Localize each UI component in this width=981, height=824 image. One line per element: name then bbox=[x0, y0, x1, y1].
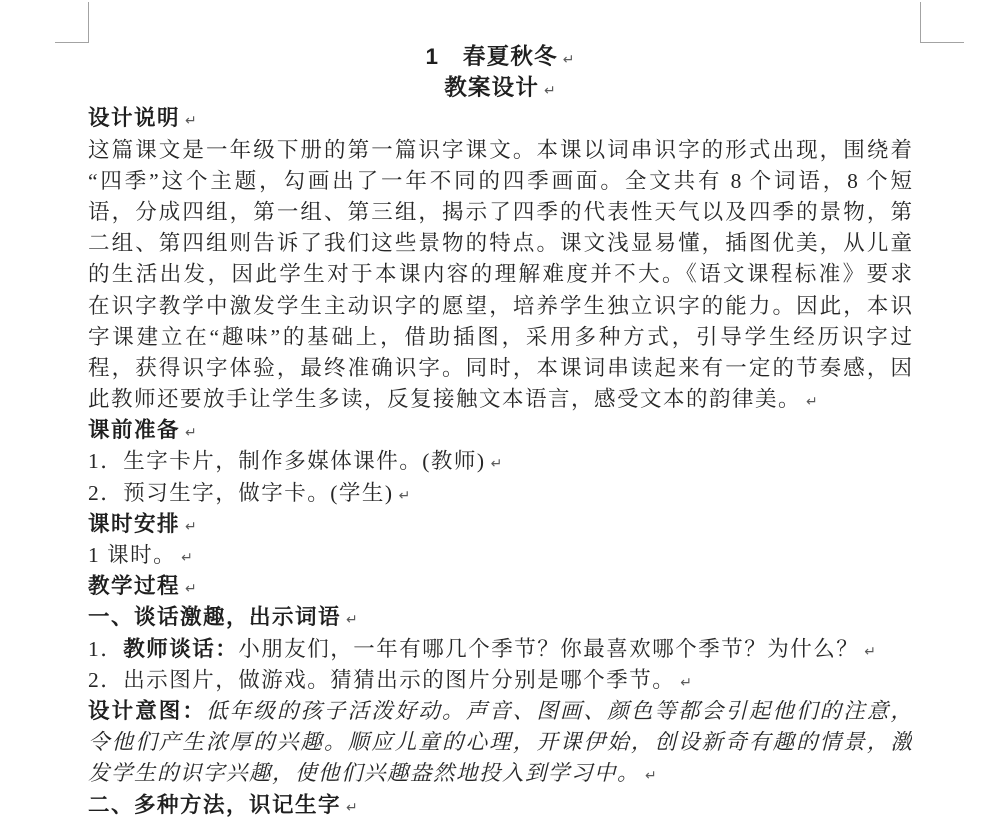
text-run: 一、谈话激趣，出示词语 bbox=[88, 605, 341, 629]
paragraph-mark-icon: ↵ bbox=[185, 581, 197, 597]
text-run: 1．生字卡片，制作多媒体课件。(教师) bbox=[88, 449, 486, 473]
section-heading-2: 二、多种方法，识记生字↵ bbox=[88, 790, 912, 821]
process-step: 1．教师谈话：小朋友们，一年有哪几个季节？你最喜欢哪个季节？为什么？↵ bbox=[88, 634, 912, 665]
text-run: 教师谈话： bbox=[123, 637, 238, 661]
paragraph-mark-icon: ↵ bbox=[645, 768, 657, 784]
paragraph-mark-icon: ↵ bbox=[185, 425, 197, 441]
paragraph-mark-icon: ↵ bbox=[185, 113, 197, 129]
preparation-item: 2．预习生字，做字卡。(学生)↵ bbox=[88, 478, 912, 509]
design-intent-line: 设计意图：低年级的孩子活泼好动。声音、图画、颜色等都会引起他们的注意， bbox=[88, 696, 912, 727]
paragraph-mark-icon: ↵ bbox=[544, 83, 556, 99]
text-run: 2．出示图片，做游戏。猜猜出示的图片分别是哪个季节。 bbox=[88, 668, 675, 692]
text-run: 设计说明 bbox=[88, 106, 180, 130]
text-run: 二、多种方法，识记生字 bbox=[88, 793, 341, 817]
text-run: 教案设计 bbox=[444, 75, 539, 100]
paragraph-mark-icon: ↵ bbox=[680, 675, 692, 691]
page: { "colors": { "background": "#ffffff", "… bbox=[0, 0, 981, 824]
design-notes-line: “四季”这个主题，勾画出了一年不同的四季画面。全文共有 8 个词语，8 个短 bbox=[88, 166, 912, 197]
text-run: 小朋友们，一年有哪几个季节？你最喜欢哪个季节？为什么？ bbox=[238, 637, 859, 661]
text-run: 低年级的孩子活泼好动。声音、图画、颜色等都会引起他们的注意， bbox=[206, 699, 912, 723]
text-run: 课前准备 bbox=[88, 418, 180, 442]
design-notes-line: 这篇课文是一年级下册的第一篇识字课文。本课以词串识字的形式出现，围绕着 bbox=[88, 135, 912, 166]
design-intent-line: 令他们产生浓厚的兴趣。顺应儿童的心理，开课伊始，创设新奇有趣的情景，激 bbox=[88, 727, 912, 758]
text-run: 字课建立在“趣味”的基础上，借助插图，采用多种方式，引导学生经历识字过 bbox=[88, 325, 912, 349]
text-run: 1． bbox=[88, 637, 123, 661]
paragraph-mark-icon: ↵ bbox=[346, 800, 358, 816]
text-run: “四季”这个主题，勾画出了一年不同的四季画面。全文共有 8 个词语，8 个短 bbox=[88, 169, 912, 193]
preparation-item: 1．生字卡片，制作多媒体课件。(教师)↵ bbox=[88, 446, 912, 477]
margin-crop-mark-top-left bbox=[55, 2, 89, 43]
paragraph-mark-icon: ↵ bbox=[864, 644, 876, 660]
margin-crop-mark-top-right bbox=[920, 2, 964, 43]
schedule-text: 1 课时。↵ bbox=[88, 540, 912, 571]
heading-preparation: 课前准备↵ bbox=[88, 415, 912, 446]
heading-schedule: 课时安排↵ bbox=[88, 509, 912, 540]
text-run: 设计意图： bbox=[88, 699, 206, 723]
section-heading-1: 一、谈话激趣，出示词语↵ bbox=[88, 602, 912, 633]
process-step: 2．出示图片，做游戏。猜猜出示的图片分别是哪个季节。↵ bbox=[88, 665, 912, 696]
design-notes-line: 语，分成四组，第一组、第三组，揭示了四季的代表性天气以及四季的景物，第 bbox=[88, 197, 912, 228]
heading-teaching-process: 教学过程↵ bbox=[88, 571, 912, 602]
design-notes-line: 此教师还要放手让学生多读，反复接触文本语言，感受文本的韵律美。↵ bbox=[88, 384, 912, 415]
paragraph-mark-icon: ↵ bbox=[185, 519, 197, 535]
text-run: 此教师还要放手让学生多读，反复接触文本语言，感受文本的韵律美。 bbox=[88, 387, 801, 411]
heading-design-notes: 设计说明↵ bbox=[88, 103, 912, 134]
doc-title: 1 春夏秋冬↵ bbox=[88, 41, 912, 72]
text-run: 令他们产生浓厚的兴趣。顺应儿童的心理，开课伊始，创设新奇有趣的情景，激 bbox=[88, 730, 912, 754]
design-notes-line: 的生活出发，因此学生对于本课内容的理解难度并不大。《语文课程标准》要求 bbox=[88, 259, 912, 290]
paragraph-mark-icon: ↵ bbox=[563, 52, 575, 68]
paragraph-mark-icon: ↵ bbox=[806, 394, 818, 410]
design-notes-line: 在识字教学中激发学生主动识字的愿望，培养学生独立识字的能力。因此，本识 bbox=[88, 291, 912, 322]
text-run: 这篇课文是一年级下册的第一篇识字课文。本课以词串识字的形式出现，围绕着 bbox=[88, 138, 912, 162]
text-run: 2．预习生字，做字卡。(学生) bbox=[88, 481, 394, 505]
text-run: 程，获得识字体验，最终准确识字。同时，本课词串读起来有一定的节奏感，因 bbox=[88, 356, 912, 380]
text-run: 在识字教学中激发学生主动识字的愿望，培养学生独立识字的能力。因此，本识 bbox=[88, 294, 912, 318]
design-intent-line: 发学生的识字兴趣，使他们兴趣盎然地投入到学习中。↵ bbox=[88, 758, 912, 789]
text-run: 语，分成四组，第一组、第三组，揭示了四季的代表性天气以及四季的景物，第 bbox=[88, 200, 912, 224]
design-notes-line: 程，获得识字体验，最终准确识字。同时，本课词串读起来有一定的节奏感，因 bbox=[88, 353, 912, 384]
text-run: 1 春夏秋冬 bbox=[426, 44, 558, 69]
text-run: 发学生的识字兴趣，使他们兴趣盎然地投入到学习中。 bbox=[88, 761, 640, 785]
document-content: 1 春夏秋冬↵教案设计↵设计说明↵这篇课文是一年级下册的第一篇识字课文。本课以词… bbox=[88, 41, 912, 821]
design-notes-line: 二组、第四组则告诉了我们这些景物的特点。课文浅显易懂，插图优美，从儿童 bbox=[88, 228, 912, 259]
text-run: 1 课时。 bbox=[88, 543, 176, 567]
paragraph-mark-icon: ↵ bbox=[181, 550, 193, 566]
text-run: 二组、第四组则告诉了我们这些景物的特点。课文浅显易懂，插图优美，从儿童 bbox=[88, 231, 912, 255]
doc-subtitle: 教案设计↵ bbox=[88, 72, 912, 103]
paragraph-mark-icon: ↵ bbox=[399, 488, 411, 504]
text-run: 教学过程 bbox=[88, 574, 180, 598]
paragraph-mark-icon: ↵ bbox=[491, 456, 503, 472]
design-notes-line: 字课建立在“趣味”的基础上，借助插图，采用多种方式，引导学生经历识字过 bbox=[88, 322, 912, 353]
text-run: 课时安排 bbox=[88, 512, 180, 536]
text-run: 的生活出发，因此学生对于本课内容的理解难度并不大。《语文课程标准》要求 bbox=[88, 262, 912, 286]
paragraph-mark-icon: ↵ bbox=[346, 612, 358, 628]
